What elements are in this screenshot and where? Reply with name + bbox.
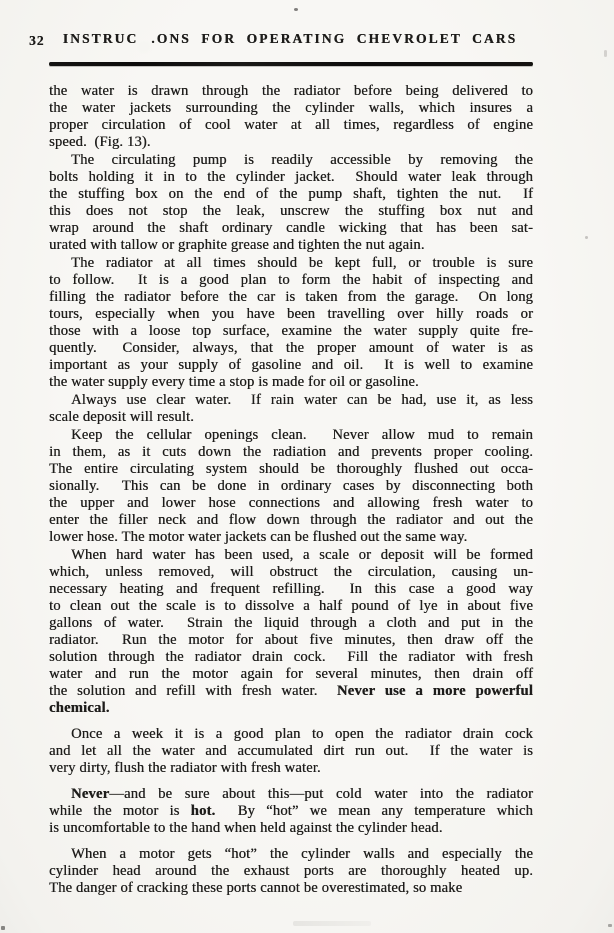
scanned-book-page: 32 INSTRUC.ONS FOR OPERATING CHEVROLET C…: [0, 0, 614, 933]
text-line: When hard water has been used, a scale o…: [49, 547, 533, 564]
text-segment: When a motor gets “hot” the cylinder wal…: [71, 846, 533, 862]
paragraph: Once a week it is a good plan to open th…: [49, 726, 533, 777]
text-segment: The entire circulating system should be …: [49, 461, 533, 477]
text-segment: scale deposit will result.: [49, 409, 194, 425]
text-segment: The danger of cracking these ports canno…: [49, 880, 462, 896]
text-line: quently. Consider, always, that the prop…: [49, 340, 533, 357]
text-segment: and let all the water and accumulated di…: [49, 743, 533, 759]
bold-text-segment: Never: [71, 786, 109, 802]
text-line: and let all the water and accumulated di…: [49, 743, 533, 760]
text-line: Once a week it is a good plan to open th…: [49, 726, 533, 743]
text-segment: very dirty, flush the radiator with fres…: [49, 760, 321, 776]
text-line: this does not stop the leak, unscrew the…: [49, 203, 533, 220]
paragraph: Never—and be sure about this—put cold wa…: [49, 786, 533, 837]
body-text: the water is drawn through the radiator …: [49, 82, 533, 897]
text-line: sionally. This can be done in ordinary c…: [49, 478, 533, 495]
text-line: is uncomfortable to the hand when held a…: [49, 820, 533, 837]
text-segment: important as your supply of gasoline and…: [49, 357, 533, 373]
scan-smudge-bottom: [293, 921, 371, 926]
text-segment: tours, especially when you have been tra…: [49, 306, 533, 322]
text-line: tours, especially when you have been tra…: [49, 306, 533, 323]
text-segment: while the motor is: [49, 803, 191, 819]
text-line: very dirty, flush the radiator with fres…: [49, 760, 533, 777]
text-line: necessary heating and frequent refilling…: [49, 581, 533, 598]
text-segment: radiator. Run the motor for about five m…: [49, 632, 533, 648]
paragraph: the water is drawn through the radiator …: [49, 83, 533, 151]
text-segment: —and be sure about this—put cold water i…: [109, 786, 533, 802]
text-segment: enter the filler neck and flow down thro…: [49, 512, 533, 528]
text-segment: to clean out the scale is to dissolve a …: [49, 598, 533, 614]
text-line: scale deposit will result.: [49, 409, 533, 426]
scan-speck-right-margin: [604, 50, 607, 57]
text-segment: urated with tallow or graphite grease an…: [49, 237, 425, 253]
text-segment: water and run the motor again for severa…: [49, 666, 533, 682]
text-segment: Once a week it is a good plan to open th…: [71, 726, 533, 742]
text-segment: When hard water has been used, a scale o…: [71, 547, 533, 563]
text-segment: wrap around the shaft ordinary candle wi…: [49, 220, 533, 236]
text-line: chemical.: [49, 700, 533, 717]
text-line: water and run the motor again for severa…: [49, 666, 533, 683]
text-segment: quently. Consider, always, that the prop…: [49, 340, 533, 356]
text-segment: proper circulation of cool water at all …: [49, 117, 533, 133]
text-line: enter the filler neck and flow down thro…: [49, 512, 533, 529]
header-rule-divider: [49, 62, 533, 66]
text-line: The radiator at all times should be kept…: [49, 255, 533, 272]
text-segment: in them, as it cuts down the radiation a…: [49, 444, 533, 460]
text-line: gallons of water. Strain the liquid thro…: [49, 615, 533, 632]
text-segment: lower hose. The motor water jackets can …: [49, 529, 467, 545]
text-line: urated with tallow or graphite grease an…: [49, 237, 533, 254]
text-segment: bolts holding it in to the cylinder jack…: [49, 169, 533, 185]
page-number: 32: [29, 33, 45, 49]
text-segment: is uncomfortable to the hand when held a…: [49, 820, 443, 836]
text-segment: gallons of water. Strain the liquid thro…: [49, 615, 533, 631]
text-segment: filling the radiator before the car is t…: [49, 289, 533, 305]
running-header: 32 INSTRUC.ONS FOR OPERATING CHEVROLET C…: [48, 31, 532, 53]
paragraph: When hard water has been used, a scale o…: [49, 547, 533, 717]
text-line: radiator. Run the motor for about five m…: [49, 632, 533, 649]
text-line: while the motor is hot. By “hot” we mean…: [49, 803, 533, 820]
scan-speck-mid: [585, 236, 588, 239]
text-line: in them, as it cuts down the radiation a…: [49, 444, 533, 461]
text-line: Always use clear water. If rain water ca…: [49, 392, 533, 409]
text-line: Never—and be sure about this—put cold wa…: [49, 786, 533, 803]
paragraph: Always use clear water. If rain water ca…: [49, 392, 533, 426]
text-segment: sionally. This can be done in ordinary c…: [49, 478, 533, 494]
bold-text-segment: hot.: [191, 803, 216, 819]
text-segment: By “hot” we mean any temperature which: [215, 803, 533, 819]
text-segment: the water is drawn through the radiator …: [49, 83, 533, 99]
text-segment: The circulating pump is readily accessib…: [71, 152, 533, 168]
text-line: filling the radiator before the car is t…: [49, 289, 533, 306]
paragraph: Keep the cellular openings clean. Never …: [49, 427, 533, 546]
text-line: solution through the radiator drain cock…: [49, 649, 533, 666]
text-segment: to follow. It is a good plan to form the…: [49, 272, 533, 288]
text-line: the water jackets surrounding the cylind…: [49, 100, 533, 117]
text-segment: the upper and lower hose connections and…: [49, 495, 533, 511]
running-title: INSTRUC.ONS FOR OPERATING CHEVROLET CARS: [48, 31, 532, 47]
text-line: the upper and lower hose connections and…: [49, 495, 533, 512]
text-segment: the stuffing box on the end of the pump …: [49, 186, 533, 202]
text-segment: this does not stop the leak, unscrew the…: [49, 203, 533, 219]
text-line: The circulating pump is readily accessib…: [49, 152, 533, 169]
scan-speck-bottom-left: [1, 926, 5, 930]
text-line: cylinder head around the exhaust ports a…: [49, 863, 533, 880]
text-segment: those with a loose top surface, examine …: [49, 323, 533, 339]
text-line: Keep the cellular openings clean. Never …: [49, 427, 533, 444]
paragraph: When a motor gets “hot” the cylinder wal…: [49, 846, 533, 897]
text-line: lower hose. The motor water jackets can …: [49, 529, 533, 546]
text-segment: the water jackets surrounding the cylind…: [49, 100, 533, 116]
bold-text-segment: chemical.: [49, 700, 110, 716]
text-line: the water supply every time a stop is ma…: [49, 374, 533, 391]
text-segment: speed. (Fig. 13).: [49, 134, 151, 150]
scan-speck-bottom-right: [608, 924, 612, 927]
text-segment: the water supply every time a stop is ma…: [49, 374, 419, 390]
text-segment: necessary heating and frequent refilling…: [49, 581, 533, 597]
text-line: to follow. It is a good plan to form the…: [49, 272, 533, 289]
text-line: The danger of cracking these ports canno…: [49, 880, 533, 897]
text-line: important as your supply of gasoline and…: [49, 357, 533, 374]
text-segment: the solution and refill with fresh water…: [49, 683, 337, 699]
text-line: the water is drawn through the radiator …: [49, 83, 533, 100]
text-line: wrap around the shaft ordinary candle wi…: [49, 220, 533, 237]
text-line: to clean out the scale is to dissolve a …: [49, 598, 533, 615]
text-segment: Keep the cellular openings clean. Never …: [71, 427, 533, 443]
text-line: The entire circulating system should be …: [49, 461, 533, 478]
text-line: When a motor gets “hot” the cylinder wal…: [49, 846, 533, 863]
text-line: speed. (Fig. 13).: [49, 134, 533, 151]
scan-speck-top: [294, 8, 298, 11]
text-line: the solution and refill with fresh water…: [49, 683, 533, 700]
text-line: which, unless removed, will obstruct the…: [49, 564, 533, 581]
bold-text-segment: Never use a more powerful: [337, 683, 533, 699]
text-segment: solution through the radiator drain cock…: [49, 649, 533, 665]
text-line: bolts holding it in to the cylinder jack…: [49, 169, 533, 186]
text-segment: Always use clear water. If rain water ca…: [71, 392, 533, 408]
text-segment: The radiator at all times should be kept…: [71, 255, 533, 271]
text-line: the stuffing box on the end of the pump …: [49, 186, 533, 203]
paragraph: The circulating pump is readily accessib…: [49, 152, 533, 254]
paragraph: The radiator at all times should be kept…: [49, 255, 533, 391]
running-title-left: INSTRUC: [63, 31, 138, 46]
running-title-right: .ONS FOR OPERATING CHEVROLET CARS: [151, 31, 517, 46]
text-segment: which, unless removed, will obstruct the…: [49, 564, 533, 580]
text-line: proper circulation of cool water at all …: [49, 117, 533, 134]
text-segment: cylinder head around the exhaust ports a…: [49, 863, 533, 879]
text-line: those with a loose top surface, examine …: [49, 323, 533, 340]
